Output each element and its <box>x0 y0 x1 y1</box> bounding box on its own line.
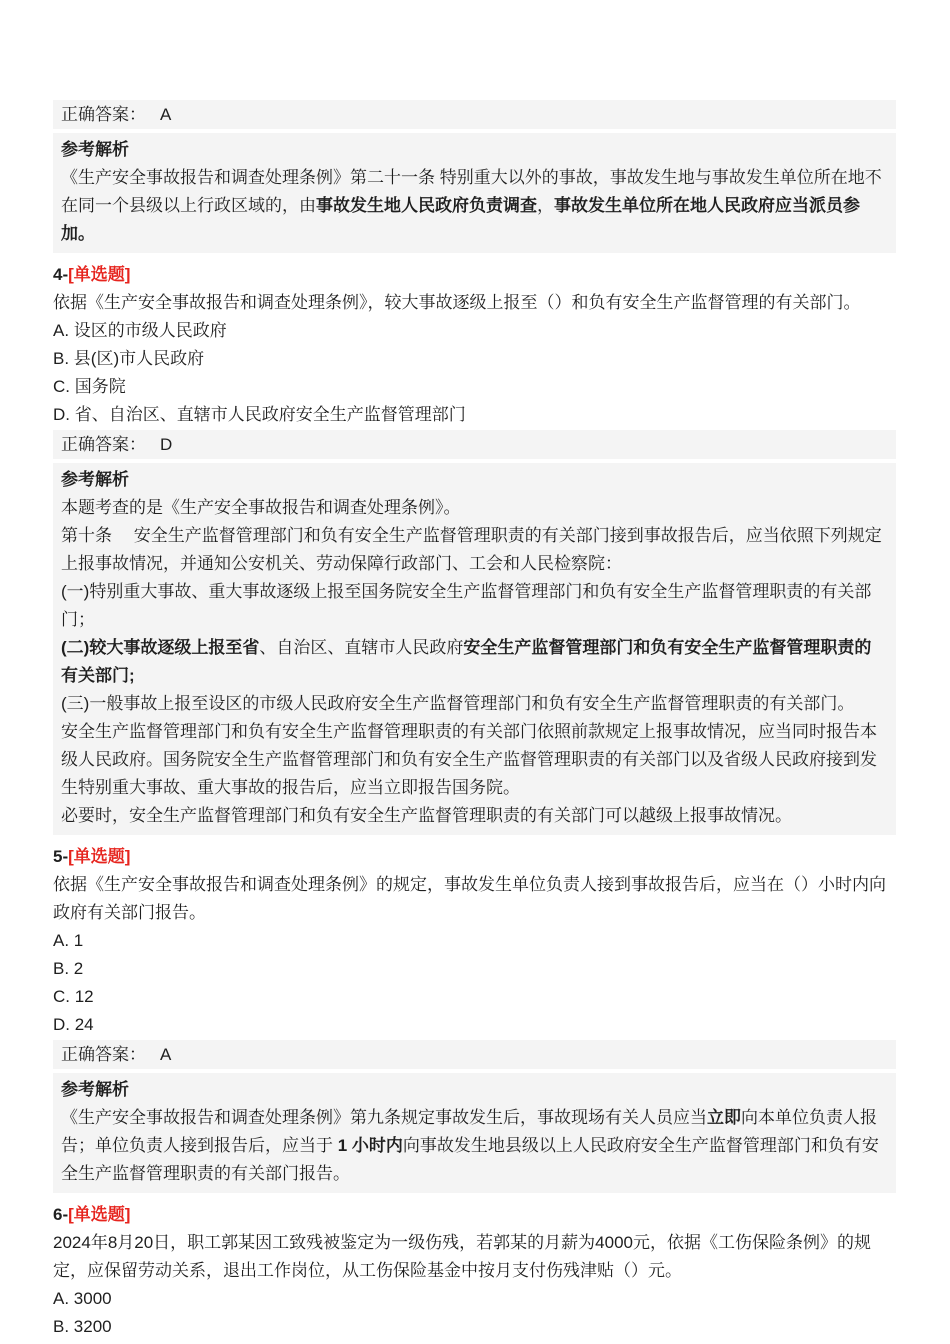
question-block-5: 5-[单选题] 依据《生产安全事故报告和调查处理条例》的规定，事故发生单位负责人… <box>53 843 896 1039</box>
option-item: D. 省、自治区、直辖市人民政府安全生产监督管理部门 <box>53 401 896 429</box>
analysis-paragraph: 必要时，安全生产监督管理部门和负有安全生产监督管理职责的有关部门可以越级上报事故… <box>61 802 888 830</box>
answer-row-q5: 正确答案：A <box>53 1040 896 1069</box>
analysis-paragraph: (三)一般事故上报至设区的市级人民政府安全生产监督管理部门和负有安全生产监督管理… <box>61 690 888 718</box>
question-type-tag: [单选题] <box>68 1205 130 1224</box>
option-item: A. 1 <box>53 927 896 955</box>
analysis-paragraph: (二)较大事故逐级上报至省、自治区、直辖市人民政府安全生产监督管理部门和负有安全… <box>61 634 888 690</box>
option-item: A. 3000 <box>53 1285 896 1313</box>
analysis-heading: 参考解析 <box>61 1076 888 1104</box>
question-header-4: 4-[单选题] <box>53 261 896 289</box>
document-page: 正确答案：A 参考解析 《生产安全事故报告和调查处理条例》第二十一条 特别重大以… <box>0 0 950 1341</box>
question-number: 5- <box>53 847 68 866</box>
question-text-6: 2024年8月20日，职工郭某因工致残被鉴定为一级伤残，若郭某的月薪为4000元… <box>53 1229 896 1285</box>
question-text-4: 依据《生产安全事故报告和调查处理条例》，较大事故逐级上报至（）和负有安全生产监督… <box>53 289 896 317</box>
option-item: C. 12 <box>53 983 896 1011</box>
question-type-tag: [单选题] <box>68 847 130 866</box>
question-type-tag: [单选题] <box>68 265 130 284</box>
question-number: 6- <box>53 1205 68 1224</box>
answer-value-q4: D <box>160 435 172 454</box>
analysis-heading: 参考解析 <box>61 466 888 494</box>
analysis-paragraph: 第十条 安全生产监督管理部门和负有安全生产监督管理职责的有关部门接到事故报告后，… <box>61 522 888 578</box>
analysis-paragraph: 《生产安全事故报告和调查处理条例》第九条规定事故发生后，事故现场有关人员应当立即… <box>61 1104 888 1188</box>
option-item: A. 设区的市级人民政府 <box>53 317 896 345</box>
option-item: B. 3200 <box>53 1313 896 1341</box>
analysis-paragraph: 《生产安全事故报告和调查处理条例》第二十一条 特别重大以外的事故，事故发生地与事… <box>61 164 888 248</box>
answer-label: 正确答案： <box>61 435 146 454</box>
answer-label: 正确答案： <box>61 1045 146 1064</box>
question-header-6: 6-[单选题] <box>53 1201 896 1229</box>
question-number: 4- <box>53 265 68 284</box>
analysis-block-q3: 参考解析 《生产安全事故报告和调查处理条例》第二十一条 特别重大以外的事故，事故… <box>53 133 896 253</box>
question-block-6: 6-[单选题] 2024年8月20日，职工郭某因工致残被鉴定为一级伤残，若郭某的… <box>53 1201 896 1341</box>
option-item: B. 县(区)市人民政府 <box>53 345 896 373</box>
option-item: C. 国务院 <box>53 373 896 401</box>
answer-row-q3: 正确答案：A <box>53 100 896 129</box>
question-header-5: 5-[单选题] <box>53 843 896 871</box>
analysis-block-q4: 参考解析 本题考查的是《生产安全事故报告和调查处理条例》。 第十条 安全生产监督… <box>53 463 896 835</box>
question-block-4: 4-[单选题] 依据《生产安全事故报告和调查处理条例》，较大事故逐级上报至（）和… <box>53 261 896 429</box>
option-item: D. 24 <box>53 1011 896 1039</box>
answer-value-q3: A <box>160 105 171 124</box>
analysis-heading: 参考解析 <box>61 136 888 164</box>
answer-row-q4: 正确答案：D <box>53 430 896 459</box>
answer-value-q5: A <box>160 1045 171 1064</box>
analysis-block-q5: 参考解析 《生产安全事故报告和调查处理条例》第九条规定事故发生后，事故现场有关人… <box>53 1073 896 1193</box>
answer-label: 正确答案： <box>61 105 146 124</box>
option-item: B. 2 <box>53 955 896 983</box>
analysis-paragraph: (一)特别重大事故、重大事故逐级上报至国务院安全生产监督管理部门和负有安全生产监… <box>61 578 888 634</box>
analysis-paragraph: 本题考查的是《生产安全事故报告和调查处理条例》。 <box>61 494 888 522</box>
analysis-paragraph: 安全生产监督管理部门和负有安全生产监督管理职责的有关部门依照前款规定上报事故情况… <box>61 718 888 802</box>
question-text-5: 依据《生产安全事故报告和调查处理条例》的规定，事故发生单位负责人接到事故报告后，… <box>53 871 896 927</box>
